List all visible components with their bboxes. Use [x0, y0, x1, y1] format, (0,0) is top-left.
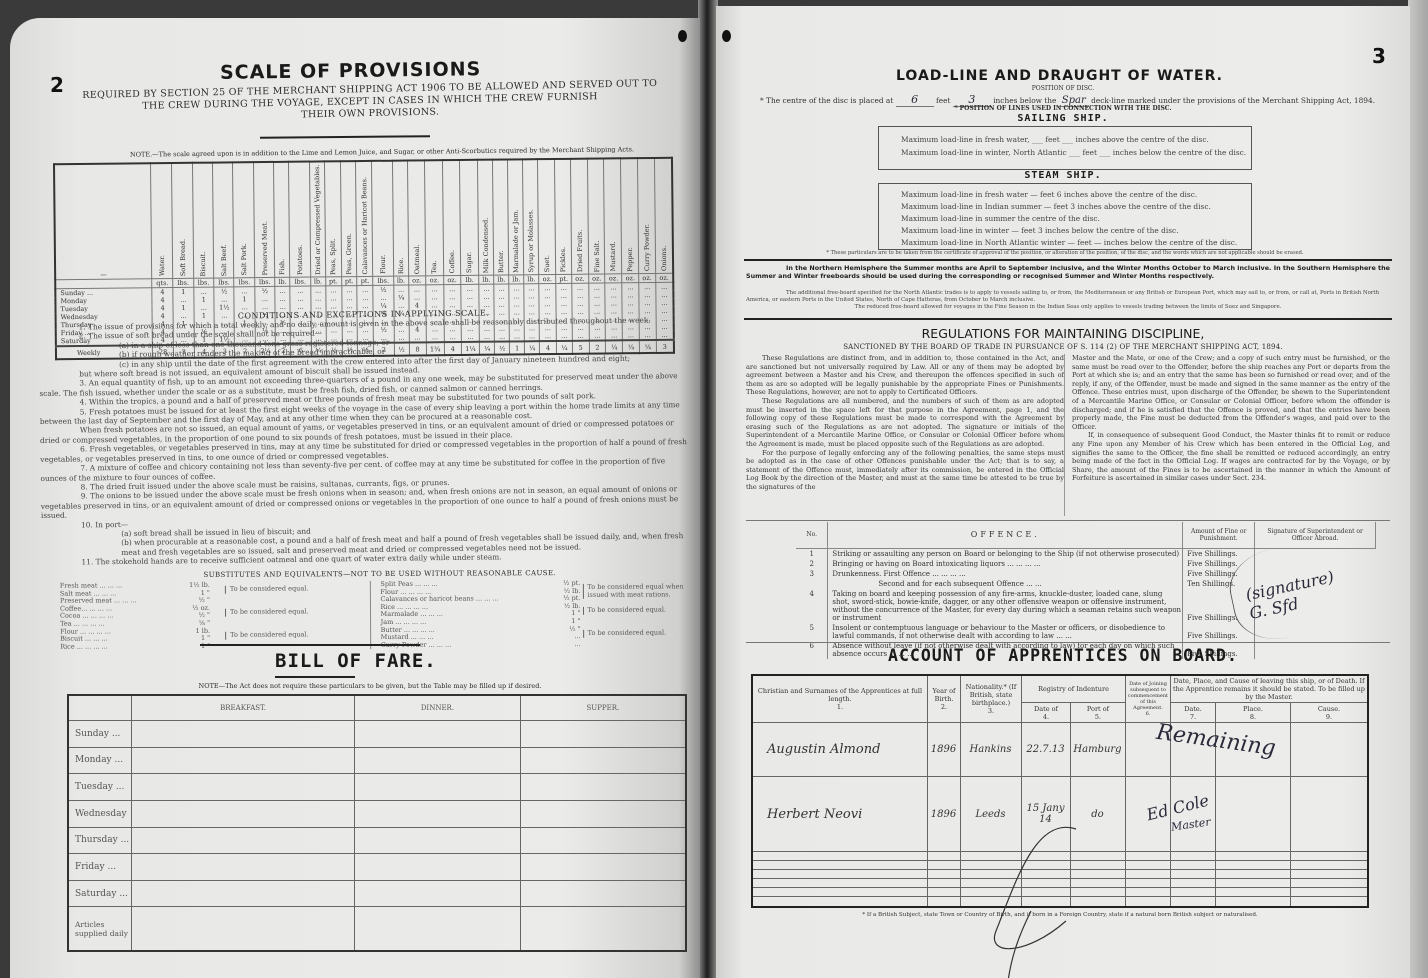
book-gutter — [698, 0, 718, 978]
day-label: Thursday ... — [68, 827, 132, 854]
offence-text: Striking or assaulting any person on Boa… — [828, 548, 1183, 559]
offence-number: 5 — [796, 623, 828, 641]
regulation-paragraph: These Regulations are all numbered, and … — [746, 397, 1064, 449]
apprentice-place-cell[interactable] — [1216, 879, 1291, 888]
provision-column-header: Soft Bread. — [172, 163, 194, 279]
meal-entry-cell[interactable] — [355, 800, 521, 827]
apprentice-year-cell[interactable]: 1896 — [928, 723, 961, 777]
bill-of-fare-row: Monday ... — [68, 747, 686, 774]
apprentice-joining-cell[interactable] — [1126, 897, 1171, 908]
provision-cell: ½ — [373, 286, 393, 295]
sailing-ship-heading: SAILING SHIP. — [716, 113, 1410, 124]
apprentice-place-cell[interactable] — [1216, 861, 1291, 870]
provision-cell: ... — [357, 294, 373, 302]
apprentice-date-cell[interactable] — [1171, 861, 1216, 870]
signature-flourish — [956, 821, 1106, 978]
col-leaving-header: Date, Place, and Cause of leaving this s… — [1171, 675, 1369, 703]
col-cause-header: Cause.9. — [1291, 703, 1369, 723]
divider — [744, 318, 1392, 320]
bill-of-fare-row: Thursday ... — [68, 827, 686, 854]
bill-of-fare-row: Friday ... — [68, 854, 686, 881]
provision-cell: ... — [509, 284, 524, 293]
provision-cell: ... — [444, 285, 461, 294]
meal-entry-cell[interactable] — [520, 827, 686, 854]
col-nationality-header: Nationality.* (If British, state birthpl… — [961, 675, 1022, 723]
freeboard-note-1: The additional free-board specified for … — [746, 290, 1390, 304]
offence-number: 3 — [796, 569, 828, 579]
col-date-header: Date.7. — [1171, 703, 1216, 723]
provision-cell: ... — [290, 295, 310, 303]
apprentice-date-cell[interactable] — [1171, 852, 1216, 861]
meal-entry-cell[interactable] — [520, 880, 686, 907]
offence-column-header: Amount of Fine or Punishment. — [1183, 522, 1255, 548]
col-date-of-header: Date of4. — [1022, 703, 1071, 723]
offence-text: Insolent or contemptuous language or beh… — [828, 623, 1183, 641]
unit-cell: oz. — [444, 276, 461, 285]
provision-cell: ... — [572, 284, 589, 293]
apprentice-place-cell[interactable] — [1216, 897, 1291, 908]
col-registry-header: Registry of Indenture — [1022, 675, 1126, 703]
divider — [275, 676, 355, 678]
freeboard-note-2: The reduced free-board allowed for voyag… — [746, 304, 1390, 311]
provision-column-header: Marmalade or Jam. — [508, 159, 524, 275]
provision-column-header: Calavances or Haricot Beans. — [356, 161, 373, 277]
provision-cell: 4 — [152, 288, 173, 297]
apprentice-name-cell[interactable] — [752, 870, 928, 879]
column-divider — [1064, 354, 1065, 516]
provision-column-header: Fine Salt. — [587, 158, 605, 274]
apprentice-nationality-cell[interactable]: Hankins — [961, 723, 1022, 777]
provision-cell: ... — [524, 293, 539, 301]
equivalence-note: To be considered equal when issued with … — [582, 583, 697, 599]
provision-cell: ... — [656, 283, 674, 292]
divider — [260, 135, 430, 138]
provision-cell: ... — [394, 285, 409, 294]
provision-cell: ... — [214, 296, 234, 304]
unit-cell: pt. — [357, 277, 373, 286]
sailing-ship-box: Maximum load-line in fresh water, ___ fe… — [878, 126, 1252, 170]
bill-of-fare-table: BREAKFAST.DINNER.SUPPER. Sunday ...Monda… — [67, 694, 687, 952]
unit-cell: lbs. — [373, 277, 393, 286]
discipline-subtitle: SANCTIONED BY THE BOARD OF TRADE IN PURS… — [716, 343, 1410, 351]
provision-column-header: Dried Fruits. — [570, 159, 588, 275]
col-joining-header: Date of Joining subsequent to commenceme… — [1126, 675, 1171, 723]
offence-text: Taking on board and keeping possession o… — [828, 589, 1183, 623]
equivalence-note: To be considered equal. — [225, 608, 340, 616]
apprentice-name-cell[interactable] — [752, 852, 928, 861]
provision-column-header: Water. — [150, 163, 172, 279]
right-page-load-line-and-discipline: 3 LOAD-LINE AND DRAUGHT OF WATER. POSITI… — [716, 6, 1410, 978]
substitutes-left: Fresh meat ... ... ...1½ lb.Salt meat ..… — [60, 581, 371, 651]
offence-column-header: No. — [796, 522, 828, 548]
meal-entry-cell[interactable] — [355, 747, 521, 774]
equivalence-note: To be considered equal. — [225, 585, 340, 593]
provision-cell: ... — [326, 295, 342, 303]
unit-cell: oz. — [622, 274, 639, 283]
unit-cell: lb. — [509, 275, 524, 284]
unit-cell: oz. — [655, 274, 673, 283]
apprentice-cause-cell[interactable] — [1291, 723, 1369, 777]
provision-cell: ... — [622, 292, 639, 300]
meal-entry-cell[interactable] — [520, 854, 686, 881]
substitutes-right: Split Peas ... ... ...½ pt.Flour ... ...… — [370, 579, 700, 649]
meal-entry-cell[interactable] — [355, 880, 521, 907]
unit-cell: pt. — [556, 275, 572, 284]
provision-cell: ... — [539, 284, 556, 293]
provision-cell: ... — [341, 294, 357, 302]
provision-cell: ... — [193, 287, 213, 296]
apprentice-date-of-cell[interactable]: 22.7.13 — [1022, 723, 1071, 777]
meal-entry-cell[interactable] — [520, 907, 686, 951]
conditions-section: CONDITIONS AND EXCEPTIONS IN APPLYING SC… — [38, 306, 691, 567]
apprentice-date-cell[interactable] — [1171, 897, 1216, 908]
provision-cell: ... — [479, 285, 494, 294]
apprentice-name-cell[interactable] — [752, 888, 928, 897]
apprentice-joining-cell[interactable] — [1126, 861, 1171, 870]
page-number: 3 — [1372, 44, 1386, 68]
apprentice-date-cell[interactable] — [1171, 888, 1216, 897]
provision-cell: ... — [311, 286, 326, 295]
divider — [746, 642, 1390, 643]
provision-cell: ... — [234, 287, 254, 296]
unit-cell: qts. — [152, 279, 173, 288]
provision-column-header: Tea. — [424, 160, 444, 276]
freeboard-note: The additional free-board specified for … — [746, 290, 1390, 310]
regulation-paragraph: Master and the Mate, or one of the Crew;… — [1072, 354, 1390, 431]
offence-number — [796, 579, 828, 589]
sailing-load-line: Maximum load-line in fresh water, ___ fe… — [901, 133, 1251, 146]
provision-column-header: Fish. — [274, 162, 290, 278]
provision-cell: ... — [444, 293, 461, 301]
meal-entry-cell[interactable] — [132, 854, 355, 881]
apprentice-cause-cell[interactable] — [1291, 897, 1369, 908]
provision-cell: ... — [255, 295, 275, 303]
provision-column-header: Preserved Meat. — [253, 162, 275, 278]
provision-column-header: Syrup or Molasses. — [523, 159, 539, 275]
apprentice-place-cell[interactable] — [1216, 852, 1291, 861]
apprentice-place-cell[interactable] — [1216, 777, 1291, 852]
offence-number: 1 — [796, 548, 828, 559]
steam-ship-heading: STEAM SHIP. — [716, 170, 1410, 181]
col-port-of-header: Port of5. — [1071, 703, 1126, 723]
meal-entry-cell[interactable] — [355, 854, 521, 881]
provision-cell: ½ — [255, 287, 275, 296]
unit-cell: lbs. — [214, 278, 234, 287]
provision-cell: ... — [425, 294, 444, 302]
page-subtitle: REQUIRED BY SECTION 25 OF THE MERCHANT S… — [70, 78, 671, 127]
offence-text: Second and for each subsequent Offence .… — [828, 579, 1183, 589]
provision-cell: ... — [275, 295, 290, 303]
provision-cell: ... — [275, 287, 290, 296]
page-edge — [1408, 0, 1428, 978]
offence-text: Bringing or having on Board intoxicating… — [828, 559, 1183, 569]
apprentice-name-cell[interactable] — [752, 879, 928, 888]
provision-cell: ... — [311, 295, 326, 303]
position-of-disc-heading: POSITION OF DISC. — [716, 85, 1410, 92]
substitute-item: Curry Powder ... ... ...... — [381, 640, 701, 649]
provision-cell: ... — [461, 293, 480, 301]
provision-cell: ... — [409, 285, 426, 294]
apprentice-joining-cell[interactable] — [1126, 870, 1171, 879]
meal-entry-cell[interactable] — [132, 827, 355, 854]
provision-column-header: Potatoes. — [289, 162, 311, 278]
meal-column-header: SUPPER. — [520, 695, 686, 721]
unit-cell: oz. — [605, 274, 622, 283]
hemisphere-note: In the Northern Hemisphere the Summer mo… — [746, 264, 1390, 281]
steam-load-line: Maximum load-line in winter — feet 3 inc… — [901, 225, 1251, 237]
unit-cell: pt. — [325, 277, 341, 286]
apprentice-joining-cell[interactable] — [1126, 879, 1171, 888]
meal-entry-cell[interactable] — [355, 721, 521, 748]
regulation-paragraph: If, in consequence of subsequent Good Co… — [1072, 431, 1390, 483]
provision-cell: ¼ — [394, 294, 409, 302]
provision-cell: ... — [509, 293, 524, 301]
provision-cell: 1 — [173, 288, 193, 297]
unit-cell: lb. — [275, 278, 290, 287]
lines-heading: * POSITION OF LINES USED IN CONNECTION W… — [716, 105, 1410, 112]
equivalence-note: To be considered equal. — [583, 606, 698, 614]
apprentice-name-cell[interactable]: Herbert Neovi — [752, 777, 928, 852]
steam-load-line: Maximum load-line in North Atlantic wint… — [901, 237, 1251, 249]
day-label: Tuesday ... — [68, 774, 132, 801]
divider — [746, 520, 1390, 521]
provision-cell: ... — [639, 291, 656, 299]
apprentice-row: Augustin Almond1896Hankins22.7.13Hamburg — [752, 723, 1368, 777]
meal-entry-cell[interactable] — [520, 721, 686, 748]
unit-cell: lbs. — [255, 278, 275, 287]
meal-entry-cell[interactable] — [520, 747, 686, 774]
provision-cell: ½ — [214, 287, 234, 296]
provision-column-header: Oatmeal. — [407, 160, 425, 276]
provision-column-header: Sugar. — [459, 160, 479, 276]
provision-column-header: Rice. — [392, 161, 408, 277]
bill-of-fare-row: Sunday ... — [68, 721, 686, 748]
apprentice-name-cell[interactable]: Augustin Almond — [752, 723, 928, 777]
apprentice-name-cell[interactable] — [752, 861, 928, 870]
provision-column-header: Biscuit. — [192, 163, 214, 279]
divider — [744, 259, 1392, 261]
provision-column-header: Coffee. — [442, 160, 460, 276]
provision-column-header: Mustard. — [604, 158, 622, 274]
unit-cell: lb. — [494, 275, 509, 284]
apprentice-port-of-cell[interactable]: Hamburg — [1071, 723, 1126, 777]
unit-cell: lbs. — [234, 278, 254, 287]
inches-label: inches below the — [993, 96, 1056, 105]
provision-cell: ... — [341, 286, 357, 295]
provision-cell: ... — [461, 285, 480, 294]
provision-cell: ... — [479, 293, 494, 301]
provision-cell: ... — [572, 292, 589, 300]
provision-cell: ... — [326, 286, 342, 295]
bill-of-fare-row: Wednesday — [68, 800, 686, 827]
unit-cell: lb. — [524, 275, 539, 284]
load-line-footnote: * These particulars are to be taken from… — [740, 250, 1390, 256]
apprentice-cause-cell[interactable] — [1291, 777, 1369, 852]
provision-cell: ... — [656, 291, 674, 299]
bill-of-fare-title: BILL OF FARE. — [275, 650, 437, 672]
day-label: Articles supplied daily — [68, 907, 132, 951]
provision-column-header: Salt Pork. — [233, 162, 255, 278]
apprentice-cause-cell[interactable] — [1291, 870, 1369, 879]
col-name-header: Christian and Surnames of the Apprentice… — [752, 675, 928, 723]
discipline-column-1: These Regulations are distinct from, and… — [746, 354, 1064, 492]
provision-column-header: Pepper. — [621, 158, 639, 274]
steam-load-line: Maximum load-line in fresh water — feet … — [901, 189, 1251, 201]
provision-cell: ... — [556, 292, 572, 300]
binding-hole — [722, 30, 731, 42]
unit-cell: oz. — [539, 275, 556, 284]
meal-entry-cell[interactable] — [132, 907, 355, 951]
provision-cell: ... — [173, 296, 193, 304]
substitutes-section: SUBSTITUTES AND EQUIVALENTS—NOT TO BE US… — [60, 568, 700, 651]
provision-cell: ... — [588, 283, 605, 292]
sailing-load-line: Maximum load-line in winter, North Atlan… — [901, 146, 1251, 159]
provision-column-header: Peas, Split. — [324, 161, 341, 277]
meal-entry-cell[interactable] — [355, 774, 521, 801]
unit-cell: lb. — [460, 276, 479, 285]
discipline-column-2: Master and the Mate, or one of the Crew;… — [1072, 354, 1390, 483]
provision-column-header: Curry Powder. — [637, 158, 655, 274]
provision-cell: 1 — [194, 296, 214, 304]
provision-column-header: Onions. — [654, 158, 673, 274]
unit-cell: oz. — [588, 274, 605, 283]
provision-cell: 4 — [152, 296, 173, 304]
apprentice-name-cell[interactable] — [752, 897, 928, 908]
apprentice-date-cell[interactable] — [1171, 879, 1216, 888]
bill-of-fare-note: NOTE—The Act does not require these part… — [110, 682, 630, 690]
provision-cell: ... — [409, 294, 426, 302]
apprentice-joining-cell[interactable] — [1126, 852, 1171, 861]
apprentice-place-cell[interactable] — [1216, 870, 1291, 879]
bill-of-fare-row: Saturday ... — [68, 880, 686, 907]
offence-column-header: OFFENCE. — [828, 522, 1183, 548]
offence-number: 4 — [796, 589, 828, 623]
equivalence-note: To be considered equal. — [225, 631, 340, 639]
offence-text: Drunkenness. First Offence ... ... ... .… — [828, 569, 1183, 579]
provision-cell: ... — [622, 283, 639, 292]
apprentice-joining-cell[interactable] — [1126, 888, 1171, 897]
col-year-header: Year of Birth.2. — [928, 675, 961, 723]
provision-cell: ... — [494, 293, 509, 301]
apprentice-cause-cell[interactable] — [1291, 879, 1369, 888]
day-label: Sunday ... — [68, 721, 132, 748]
substitutes-heading: SUBSTITUTES AND EQUIVALENTS—NOT TO BE US… — [60, 568, 700, 579]
page-title: SCALE OF PROVISIONS — [220, 58, 482, 84]
divider — [200, 644, 420, 646]
unit-cell: oz. — [408, 276, 425, 285]
apprentice-date-cell[interactable] — [1171, 870, 1216, 879]
provision-cell: ... — [639, 283, 656, 292]
feet-label: feet — [936, 96, 950, 105]
provision-column-header: Pickles. — [554, 159, 571, 275]
regulation-paragraph: For the purpose of legally enforcing any… — [746, 449, 1064, 492]
unit-cell: lb. — [310, 277, 325, 286]
unit-cell: oz. — [639, 274, 656, 283]
offence-number: 2 — [796, 559, 828, 569]
load-line-title: LOAD-LINE AND DRAUGHT OF WATER. — [896, 68, 1223, 84]
provision-cell: ... — [373, 294, 393, 302]
meal-entry-cell[interactable] — [132, 747, 355, 774]
disc-suffix: deck-line marked under the provisions of… — [1091, 96, 1375, 105]
equivalence-note: To be considered equal. — [583, 629, 698, 637]
meal-entry-cell[interactable] — [132, 774, 355, 801]
unit-cell: lbs. — [173, 279, 193, 288]
disc-prefix: * The centre of the disc is placed at — [760, 96, 893, 105]
bill-of-fare-row: Tuesday ... — [68, 774, 686, 801]
provision-cell: 1 — [234, 296, 254, 304]
provision-cell: ... — [556, 284, 572, 293]
meal-entry-cell[interactable] — [355, 907, 521, 951]
meal-entry-cell[interactable] — [520, 774, 686, 801]
unit-cell: lbs. — [193, 278, 213, 287]
apprentice-cause-cell[interactable] — [1291, 861, 1369, 870]
steam-load-line: Maximum load-line in Indian summer — fee… — [901, 201, 1251, 213]
apprentices-title: ACCOUNT OF APPRENTICES ON BOARD. — [716, 646, 1410, 665]
day-label: Friday ... — [68, 854, 132, 881]
steam-load-line: Maximum load-line in summer the centre o… — [901, 213, 1251, 225]
provision-cell: ... — [425, 285, 444, 294]
page-number: 2 — [50, 73, 64, 97]
day-label: Wednesday — [68, 800, 132, 827]
provision-cell: ... — [524, 284, 539, 293]
col-place-header: Place.8. — [1216, 703, 1291, 723]
steam-ship-box: Maximum load-line in fresh water — feet … — [878, 183, 1252, 250]
provision-cell: ... — [357, 286, 373, 295]
meal-entry-cell[interactable] — [520, 800, 686, 827]
bill-of-fare-row: Articles supplied daily — [68, 907, 686, 951]
apprentice-cause-cell[interactable] — [1291, 852, 1369, 861]
provision-cell: ... — [605, 292, 622, 300]
binding-hole — [678, 30, 687, 42]
unit-cell: lb. — [479, 276, 494, 285]
meal-entry-cell[interactable] — [132, 800, 355, 827]
provision-column-header: Flour. — [372, 161, 394, 277]
unit-cell: lb. — [393, 276, 408, 285]
unit-cell: lbs. — [290, 277, 310, 286]
provision-column-header: Dried or Compressed Vegetables. — [309, 161, 325, 277]
provision-cell: ... — [589, 292, 606, 300]
provision-column-header: Milk Condensed. — [478, 160, 494, 276]
meal-entry-cell[interactable] — [132, 880, 355, 907]
provision-column-header: Butter. — [493, 159, 509, 275]
meal-entry-cell[interactable] — [355, 827, 521, 854]
meal-column-header: BREAKFAST. — [132, 695, 355, 721]
provision-cell: ... — [494, 284, 509, 293]
apprentice-cause-cell[interactable] — [1291, 888, 1369, 897]
apprentices-footnote: * If a British Subject, state Town or Co… — [751, 912, 1369, 918]
provision-column-header: Salt Beef. — [213, 162, 235, 278]
provision-cell: ... — [605, 283, 622, 292]
fine-amount: Five Shillings. — [1183, 548, 1255, 559]
provision-cell: ... — [539, 292, 556, 300]
unit-cell: oz. — [425, 276, 444, 285]
meal-entry-cell[interactable] — [132, 721, 355, 748]
unit-cell: oz. — [572, 275, 589, 284]
left-page-scale-of-provisions: 2 SCALE OF PROVISIONS REQUIRED BY SECTIO… — [10, 18, 700, 978]
day-label: Saturday ... — [68, 880, 132, 907]
apprentice-place-cell[interactable] — [1216, 888, 1291, 897]
regulation-paragraph: These Regulations are distinct from, and… — [746, 354, 1064, 397]
provision-column-header: Peas, Green. — [340, 161, 357, 277]
day-header: — — [54, 163, 152, 280]
day-label: Monday ... — [68, 747, 132, 774]
provision-column-header: Suet. — [538, 159, 556, 275]
unit-cell: pt. — [341, 277, 357, 286]
discipline-title: REGULATIONS FOR MAINTAINING DISCIPLINE, — [716, 326, 1410, 341]
meal-column-header: DINNER. — [355, 695, 521, 721]
provision-cell: ... — [290, 286, 310, 295]
